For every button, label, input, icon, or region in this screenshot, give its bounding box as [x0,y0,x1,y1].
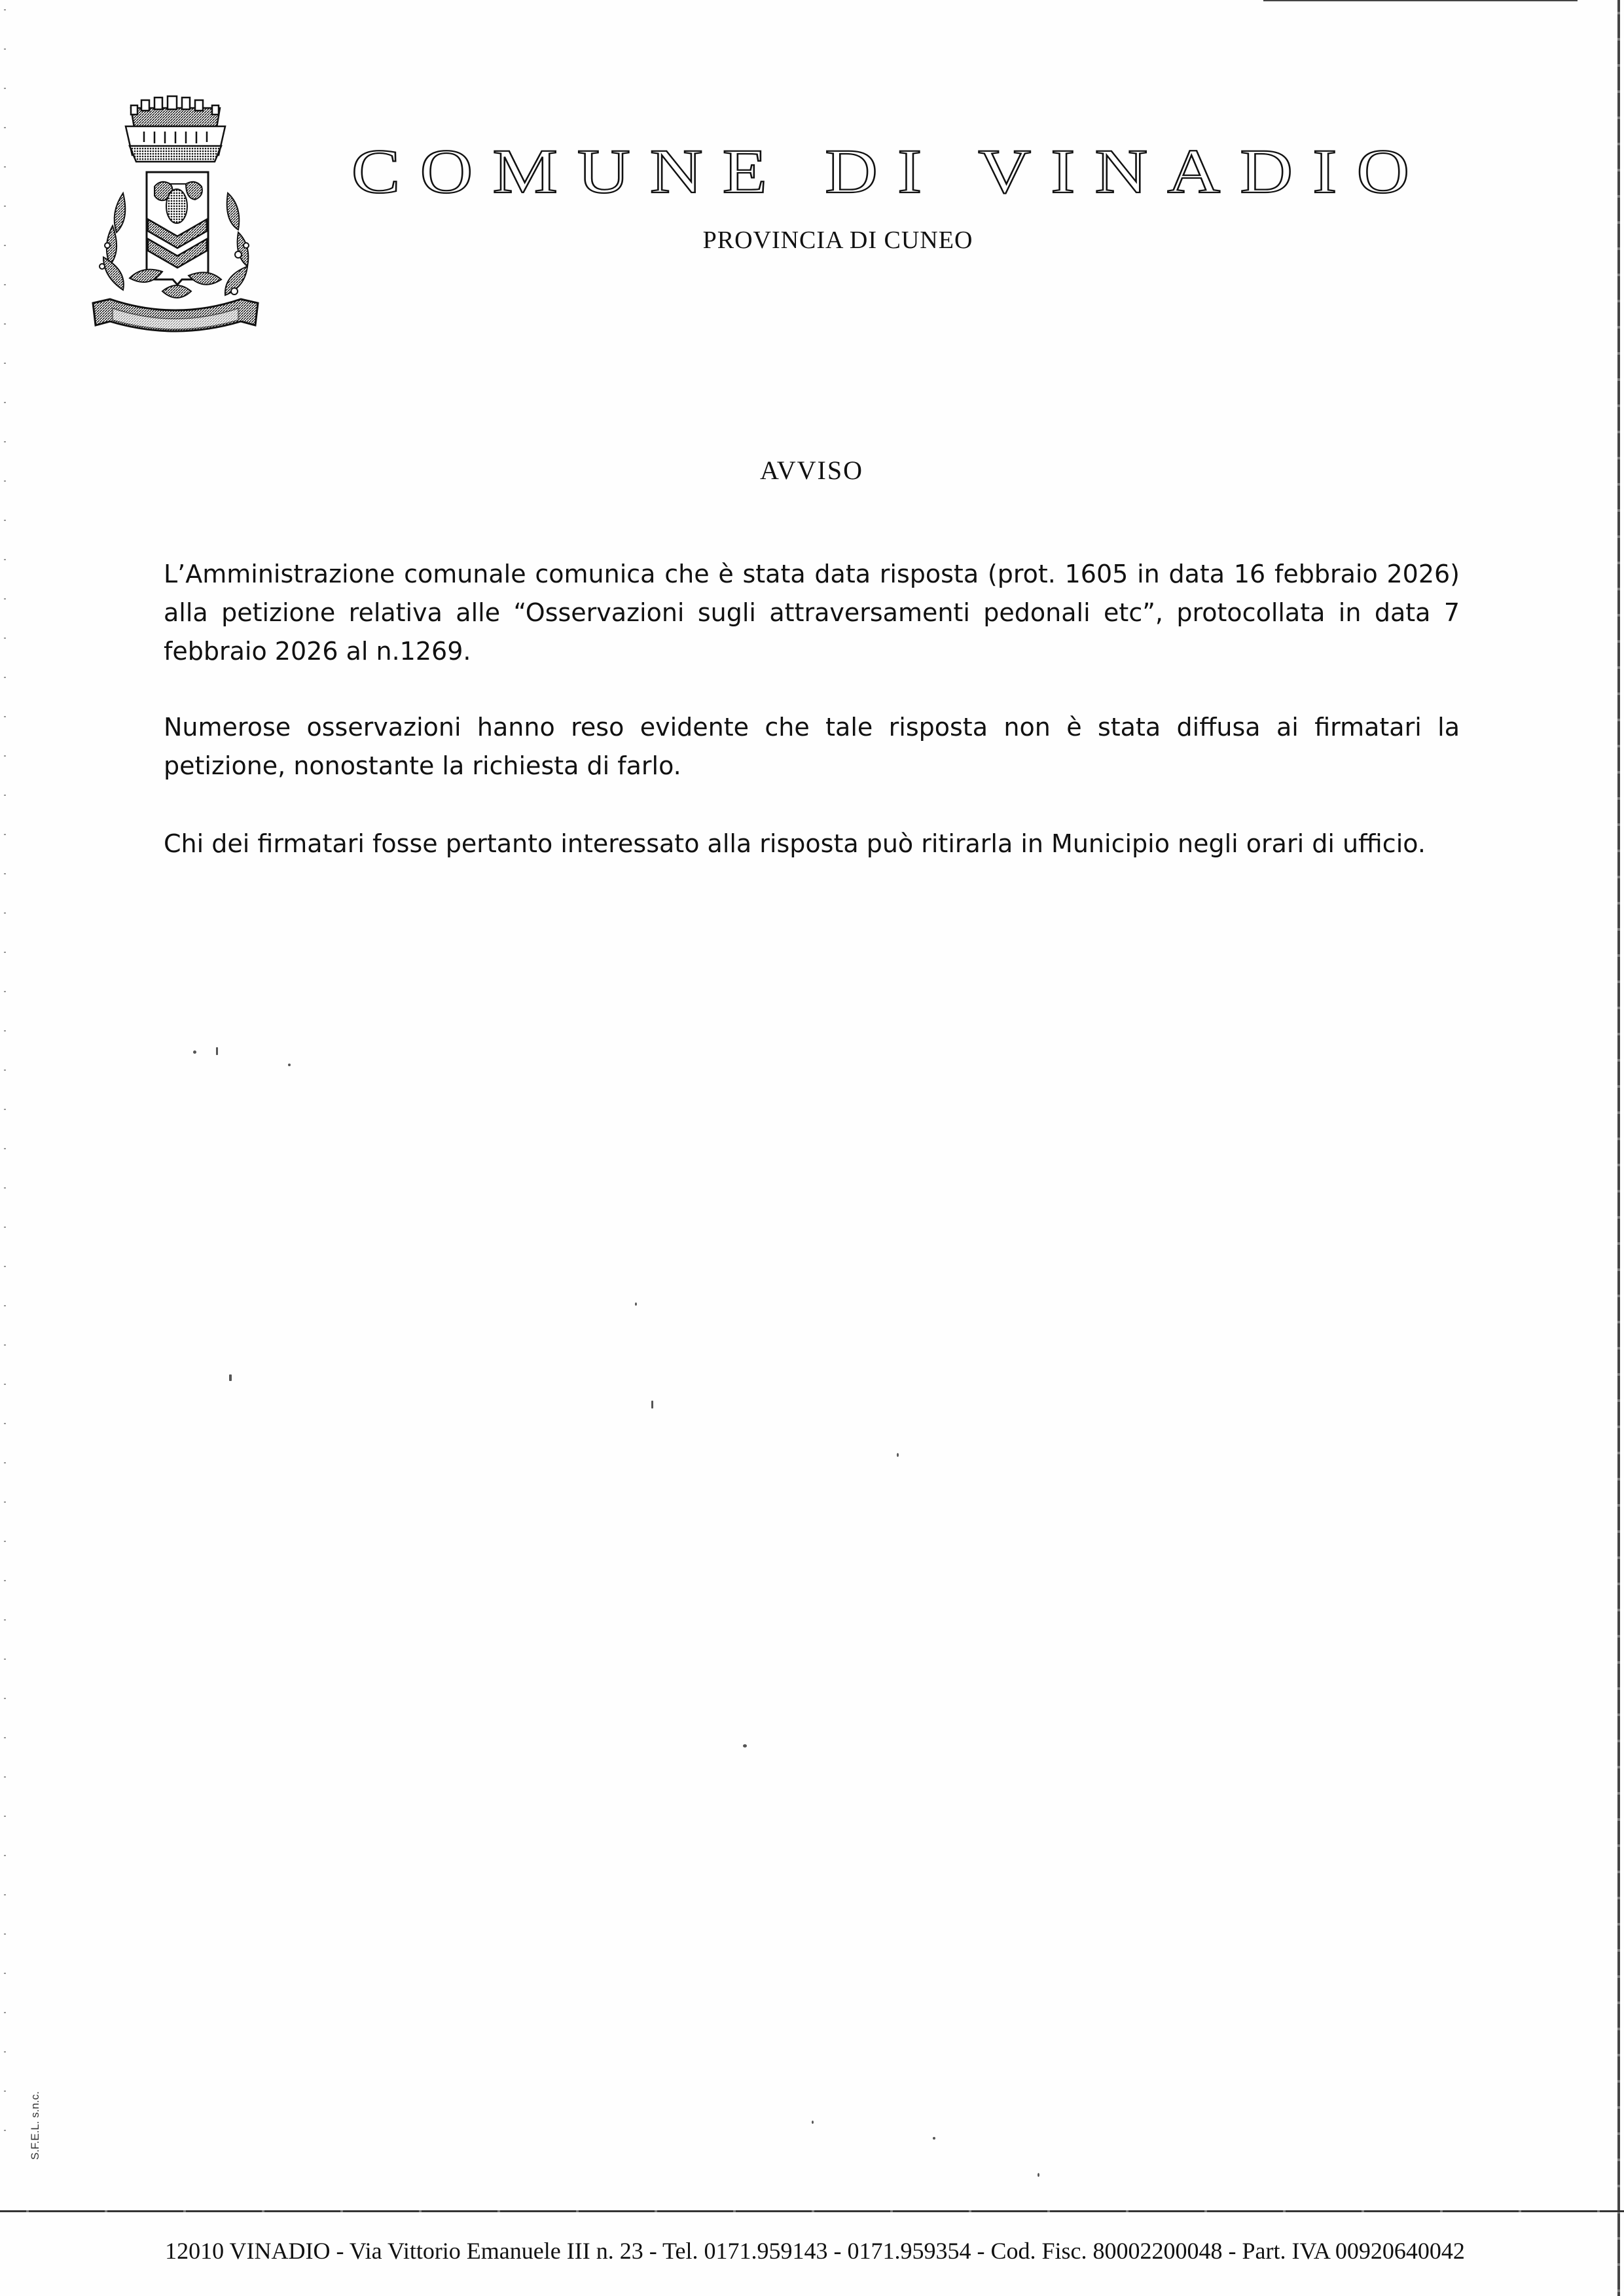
notice-paragraph: L’Amministrazione comunale comunica che … [164,555,1460,671]
municipal-coat-of-arms-icon [84,95,267,337]
scan-edge-right [1617,0,1620,2296]
page-title: COMUNE DI VINADIO [321,141,1460,203]
page-subtitle: PROVINCIA DI CUNEO [641,226,1034,255]
paragraph-line: petizione, nonostante la richiesta di fa… [164,747,1460,785]
notice-heading: AVVISO [655,455,969,486]
scan-speck [193,1050,196,1054]
footer-divider [0,2210,1624,2212]
paragraph-line: Chi dei firmatari fosse pertanto interes… [164,825,1460,863]
scan-speck [743,1744,747,1748]
document-page: COMUNE DI VINADIO PROVINCIA DI CUNEO AVV… [0,0,1624,2296]
scan-speck [288,1064,291,1066]
scan-speck [933,2137,935,2140]
paragraph-line: febbraio 2026 al n.1269. [164,632,1460,671]
printer-mark: S.F.E.L. s.n.c. [29,2091,42,2160]
scan-speck [229,1374,232,1381]
paragraph-line: alla petizione relativa alle “Osservazio… [164,594,1460,632]
scan-edge-left [4,0,6,2160]
scan-speck [812,2121,814,2124]
scan-speck [651,1401,653,1408]
notice-paragraph: Chi dei firmatari fosse pertanto interes… [164,825,1460,863]
scan-edge-top [1263,0,1578,1]
paragraph-line: Numerose osservazioni hanno reso evident… [164,708,1460,747]
paragraph-line: L’Amministrazione comunale comunica che … [164,555,1460,594]
scan-speck [897,1453,899,1457]
footer-address: 12010 VINADIO - Via Vittorio Emanuele II… [105,2237,1525,2265]
scan-speck [216,1047,218,1055]
scan-speck [1038,2173,1039,2177]
scan-speck [635,1302,637,1306]
notice-paragraph: Numerose osservazioni hanno reso evident… [164,708,1460,785]
